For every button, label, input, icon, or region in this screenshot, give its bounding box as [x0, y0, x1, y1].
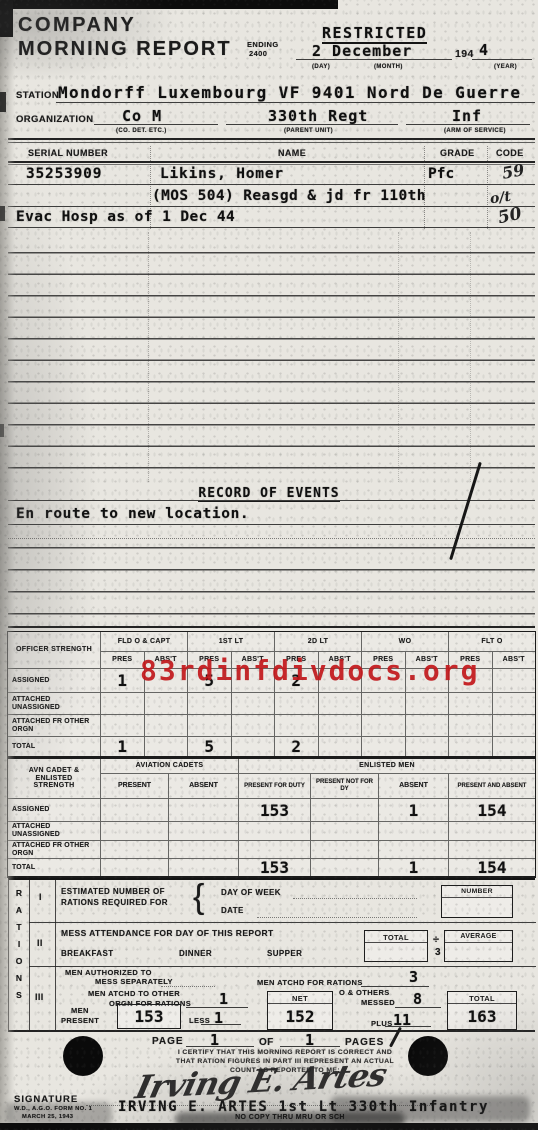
average-box-label: AVERAGE	[445, 931, 512, 943]
officer-group-header: FLD O & CAPT	[100, 632, 187, 651]
divisor: 3	[435, 947, 441, 958]
rations-col-divider	[29, 880, 30, 1032]
enlisted-cell	[100, 858, 168, 876]
entry-row-line	[8, 192, 535, 207]
org-underline-2	[226, 110, 398, 125]
page-line	[186, 1033, 254, 1047]
blank-ruled-lines	[8, 547, 535, 617]
enlisted-col-header: PRESENT	[100, 773, 168, 798]
enlisted-cell: 1	[378, 798, 448, 821]
year-prefix: 194	[455, 48, 474, 60]
enlisted-cell	[310, 858, 378, 876]
events-rule	[8, 487, 535, 501]
blank-ruled-lines	[8, 252, 535, 488]
enlisted-corner-label: AVN CADET & ENLISTED STRENGTH	[8, 759, 100, 798]
officer-cell	[100, 714, 144, 736]
enlisted-cell	[168, 821, 238, 840]
officer-cell: 5	[187, 736, 231, 756]
left-edge-shadow	[0, 0, 15, 1130]
edge-tick	[0, 92, 6, 112]
officer-subheader: ABS'T	[492, 651, 536, 668]
net-box-label: NET	[268, 992, 332, 1004]
officer-cell	[361, 692, 405, 714]
number-box: NUMBER	[441, 885, 513, 918]
org-unit-sublabel: (CO. DET. ETC.)	[116, 128, 167, 134]
enlisted-cell	[238, 840, 310, 858]
estimated-line2: RATIONS REQUIRED FOR	[61, 898, 168, 907]
men-line2: PRESENT	[61, 1016, 99, 1025]
officer-cell	[100, 692, 144, 714]
enlisted-cell	[168, 840, 238, 858]
atchd-rations-label: MEN ATCHD FOR RATIONS	[257, 978, 363, 987]
column-divider	[148, 232, 149, 482]
watermark: 83rdinfdivdocs.org	[140, 654, 479, 687]
classification-stamp: RESTRICTED	[322, 24, 427, 44]
org-underline-3	[406, 110, 530, 125]
enlisted-cell	[100, 840, 168, 858]
mess-total-box-label: TOTAL	[365, 931, 427, 943]
form-title-line1: COMPANY	[18, 14, 136, 37]
dinner-label: DINNER	[179, 949, 212, 958]
enlisted-cell	[168, 858, 238, 876]
enlisted-cell	[448, 840, 535, 858]
officer-cell	[448, 714, 492, 736]
men-present-value: 153	[135, 1007, 164, 1026]
part3-numeral: III	[35, 992, 44, 1002]
enlisted-col-header: PRESENT AND ABSENT	[448, 773, 535, 798]
cadets-group-header: AVIATION CADETS	[100, 759, 238, 773]
punch-hole-left	[63, 1036, 103, 1076]
page-value: 1	[210, 1031, 219, 1049]
part2-numeral: II	[37, 938, 43, 948]
year-sublabel: (YEAR)	[494, 64, 517, 70]
enlisted-row-label: TOTAL	[8, 858, 100, 876]
auth-line	[161, 986, 215, 987]
officer-cell	[448, 692, 492, 714]
part1-numeral: I	[39, 892, 42, 902]
events-rule	[8, 511, 535, 525]
punch-hole-right	[408, 1036, 448, 1076]
pages-label: PAGES	[345, 1037, 384, 1048]
breakfast-label: BREAKFAST	[61, 949, 114, 958]
date-line	[257, 917, 417, 918]
men-line1: MEN	[71, 1006, 89, 1015]
section-rule	[8, 138, 535, 140]
rations-row-divider	[29, 966, 536, 967]
officer-cell	[231, 714, 275, 736]
officer-group-header: FLT O	[448, 632, 535, 651]
pages-value: 1	[305, 1031, 314, 1049]
mess-total-box: TOTAL	[364, 930, 428, 962]
enlisted-col-header: ABSENT	[168, 773, 238, 798]
year-value: 4	[479, 41, 488, 59]
officer-row-label: ASSIGNED	[8, 668, 100, 692]
officer-cell	[318, 736, 362, 756]
officer-cell	[492, 668, 536, 692]
enlisted-cell	[310, 798, 378, 821]
officer-group-header: 2D LT	[274, 632, 361, 651]
men-present-box: 153	[117, 1004, 181, 1029]
auth-line2: MESS SEPARATELY	[95, 977, 173, 986]
top-scan-bar	[0, 0, 338, 9]
officer-strength-table: OFFICER STRENGTH FLD O & CAPT 1ST LT 2D …	[7, 631, 536, 758]
estimated-line1: ESTIMATED NUMBER OF	[61, 887, 165, 896]
officer-cell: 1	[100, 736, 144, 756]
ending-time: 2400	[249, 49, 267, 58]
edge-tick	[0, 424, 4, 437]
enlisted-row-label: ATTACHED FR OTHER ORGN	[8, 840, 100, 858]
officer-cell	[144, 714, 188, 736]
atchd-rations-value: 3	[409, 968, 418, 986]
org-parent-sublabel: (PARENT UNIT)	[284, 128, 333, 134]
officer-cell	[405, 692, 449, 714]
rations-total-box: TOTAL 163	[447, 991, 517, 1030]
morning-report-scan: COMPANY MORNING REPORT RESTRICTED ENDING…	[0, 0, 538, 1130]
officer-group-header: WO	[361, 632, 448, 651]
officer-cell	[492, 714, 536, 736]
plus-value: 11	[393, 1011, 411, 1029]
officer-cell	[231, 692, 275, 714]
rations-section: RATIONS I II III ESTIMATED NUMBER OF RAT…	[8, 878, 535, 1030]
enlisted-strength-table: AVN CADET & ENLISTED STRENGTH AVIATION C…	[7, 758, 536, 878]
rations-total-box-label: TOTAL	[448, 992, 516, 1004]
date-label: DATE	[221, 906, 244, 915]
officer-row-label: ATTACHED FR OTHER ORGN	[8, 714, 100, 736]
column-divider	[470, 232, 471, 482]
officer-cell: 2	[274, 736, 318, 756]
officer-cell	[448, 736, 492, 756]
enlisted-cell: 1	[378, 858, 448, 876]
officer-row-label: TOTAL	[8, 736, 100, 756]
net-box: NET 152	[267, 991, 333, 1030]
enlisted-row-label: ASSIGNED	[8, 798, 100, 821]
day-sublabel: (DAY)	[312, 64, 330, 70]
enlisted-group-header: ENLISTED MEN	[238, 759, 535, 773]
organization-label: ORGANIZATION	[16, 114, 93, 125]
officer-cell	[492, 692, 536, 714]
others-line2: MESSED	[361, 998, 395, 1007]
officer-cell	[361, 714, 405, 736]
month-sublabel: (MONTH)	[374, 64, 403, 70]
rations-col-divider	[55, 880, 56, 1032]
edge-tick	[0, 206, 5, 221]
officer-cell: 1	[100, 668, 144, 692]
name-header: NAME	[278, 148, 306, 158]
net-value: 152	[268, 1004, 332, 1028]
enlisted-row-label: ATTACHED UNASSIGNED	[8, 821, 100, 840]
number-box-label: NUMBER	[442, 886, 512, 898]
enlisted-cell	[448, 821, 535, 840]
enlisted-cell	[378, 821, 448, 840]
of-label: OF	[259, 1037, 274, 1048]
date-value: 2 December	[312, 42, 412, 60]
enlisted-col-header: PRESENT FOR DUTY	[238, 773, 310, 798]
officer-cell	[274, 714, 318, 736]
heavy-rule	[8, 626, 535, 628]
enlisted-cell	[378, 840, 448, 858]
serial-header: SERIAL NUMBER	[28, 148, 108, 158]
grade-header: GRADE	[440, 148, 475, 158]
officer-cell	[144, 736, 188, 756]
station-label: STATION	[16, 90, 59, 101]
enlisted-cell: 153	[238, 858, 310, 876]
enlisted-cell	[238, 821, 310, 840]
officer-cell	[318, 692, 362, 714]
officer-cell	[318, 714, 362, 736]
signed-typed-line: IRVING E. ARTES 1st Lt 330th Infantry	[118, 1099, 489, 1115]
rations-side-label: RATIONS	[14, 888, 24, 1030]
form-number-line2: MARCH 25, 1943	[22, 1114, 73, 1120]
enlisted-col-header: ABSENT	[378, 773, 448, 798]
officer-cell	[144, 692, 188, 714]
atchd-other-value: 1	[219, 990, 228, 1008]
enlisted-cell: 154	[448, 798, 535, 821]
atchd-rations-line	[361, 976, 429, 987]
corner-scan-blob	[0, 0, 13, 37]
signature-label: SIGNATURE	[14, 1094, 78, 1105]
section-rule	[8, 142, 535, 143]
auth-line1: MEN AUTHORIZED TO	[65, 968, 152, 977]
atchd-other-line	[186, 997, 248, 1008]
bottom-scan-bar	[0, 1123, 538, 1130]
supper-label: SUPPER	[267, 949, 302, 958]
rations-row-divider	[29, 922, 536, 923]
officer-cell	[361, 736, 405, 756]
enlisted-cell: 153	[238, 798, 310, 821]
entry-row-line	[8, 213, 535, 228]
mess-attendance-title: MESS ATTENDANCE FOR DAY OF THIS REPORT	[61, 928, 274, 938]
others-line1: O & OTHERS	[339, 988, 390, 997]
enlisted-cell	[100, 798, 168, 821]
column-divider	[398, 232, 399, 482]
form-title-line2: MORNING REPORT	[18, 38, 232, 61]
heavy-rule	[8, 1030, 535, 1032]
less-value: 1	[214, 1009, 223, 1027]
routing-note: NO COPY THRU MRU OR SCH	[170, 1114, 410, 1121]
station-underline	[56, 88, 535, 103]
form-number-line1: W.D., A.G.O. FORM NO. 1	[14, 1106, 92, 1112]
day-of-week-label: DAY OF WEEK	[221, 888, 281, 897]
officer-cell	[187, 692, 231, 714]
org-underline-1	[94, 110, 218, 125]
divide-sign: ÷	[433, 934, 439, 946]
personnel-header-rule	[8, 164, 535, 165]
page-label: PAGE	[152, 1036, 184, 1047]
org-arm-sublabel: (ARM OF SERVICE)	[444, 128, 506, 134]
rations-total-value: 163	[448, 1004, 516, 1028]
atchd-other-line1: MEN ATCHD TO OTHER	[88, 989, 180, 998]
enlisted-col-header: PRESENT NOT FOR DY	[310, 773, 378, 798]
enlisted-cell	[310, 821, 378, 840]
officer-cell	[492, 736, 536, 756]
brace-glyph: {	[193, 878, 205, 917]
officer-cell	[274, 692, 318, 714]
others-value: 8	[413, 990, 422, 1008]
average-box: AVERAGE	[444, 930, 513, 962]
personnel-header-rule	[8, 161, 535, 163]
enlisted-cell: 154	[448, 858, 535, 876]
officer-group-header: 1ST LT	[187, 632, 274, 651]
code-header: CODE	[496, 148, 524, 158]
officer-cell	[405, 736, 449, 756]
officer-cell	[231, 736, 275, 756]
day-of-week-line	[293, 898, 417, 899]
officer-cell	[187, 714, 231, 736]
ending-label: ENDING	[247, 40, 279, 49]
officer-corner-label: OFFICER STRENGTH	[8, 632, 100, 668]
enlisted-cell	[100, 821, 168, 840]
officer-row-label: ATTACHED UNASSIGNED	[8, 692, 100, 714]
enlisted-cell	[310, 840, 378, 858]
officer-cell	[405, 714, 449, 736]
enlisted-cell	[168, 798, 238, 821]
officer-subheader: PRES	[100, 651, 144, 668]
entry-row-line	[8, 170, 535, 185]
